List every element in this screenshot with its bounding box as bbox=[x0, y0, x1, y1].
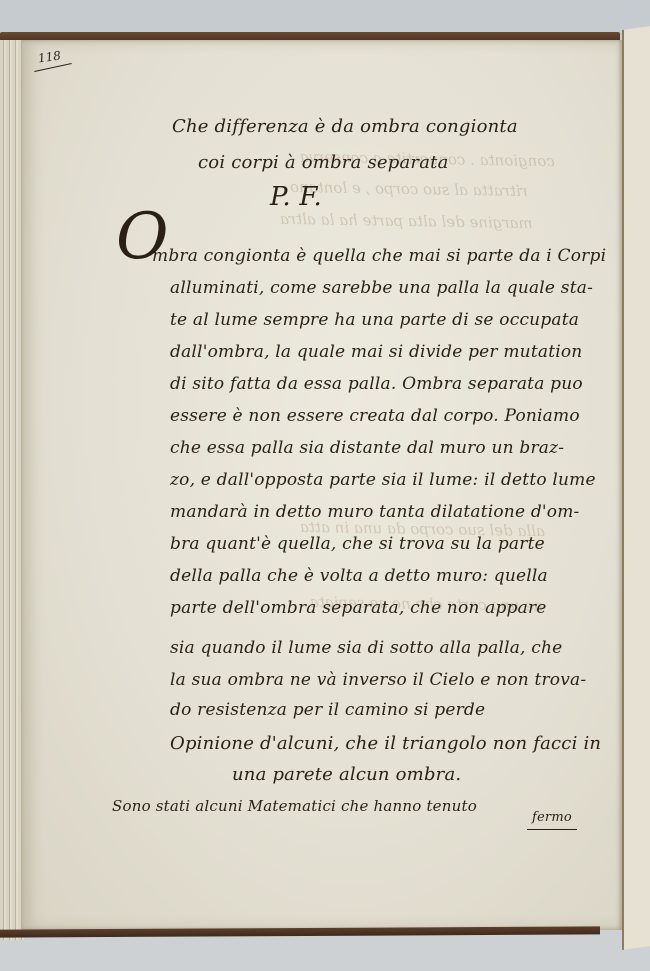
body-line-9: mandarà in detto muro tanta dilatatione … bbox=[170, 502, 579, 522]
subheading-line-1: Opinione d'alcuni, che il triangolo non … bbox=[170, 733, 601, 754]
body-line-7: che essa palla sia distante dal muro un … bbox=[170, 438, 564, 458]
body-line-4: dall'ombra, la quale mai si divide per m… bbox=[170, 342, 582, 362]
body-line-5: di sito fatta da essa palla. Ombra separ… bbox=[170, 374, 583, 394]
author-initials: P. F. bbox=[270, 182, 322, 212]
body-line-1: mbra congionta è quella che mai si parte… bbox=[152, 246, 606, 266]
catchword-underline bbox=[527, 829, 577, 830]
body-line-2: alluminati, come sarebbe una palla la qu… bbox=[170, 278, 593, 298]
body-line-3: te al lume sempre ha una parte di se occ… bbox=[170, 310, 579, 330]
body-line-6: essere è non essere creata dal corpo. Po… bbox=[170, 406, 580, 426]
heading-line-2: coi corpi à ombra separata bbox=[198, 152, 449, 173]
heading-line-1: Che differenza è da ombra congionta bbox=[172, 116, 518, 137]
catchword: fermo bbox=[532, 810, 572, 825]
facing-page-edge bbox=[622, 26, 650, 950]
body-line-10: bra quant'è quella, che si trova su la p… bbox=[170, 534, 545, 554]
body-line-15: do resistenza per il camino si perde bbox=[170, 700, 485, 720]
body-line-12: parte dell'ombra separata, che non appar… bbox=[170, 598, 547, 618]
page-stack-left bbox=[0, 40, 24, 940]
subheading-line-2: una parete alcun ombra. bbox=[232, 764, 461, 785]
body-line-8: zo, e dall'opposta parte sia il lume: il… bbox=[170, 470, 596, 490]
body-line-11: della palla che è volta a detto muro: qu… bbox=[170, 566, 548, 586]
body-line-14: la sua ombra ne và inverso il Cielo e no… bbox=[170, 670, 586, 690]
closing-line: Sono stati alcuni Matematici che hanno t… bbox=[112, 797, 477, 815]
body-line-13: sia quando il lume sia di sotto alla pal… bbox=[170, 638, 562, 658]
